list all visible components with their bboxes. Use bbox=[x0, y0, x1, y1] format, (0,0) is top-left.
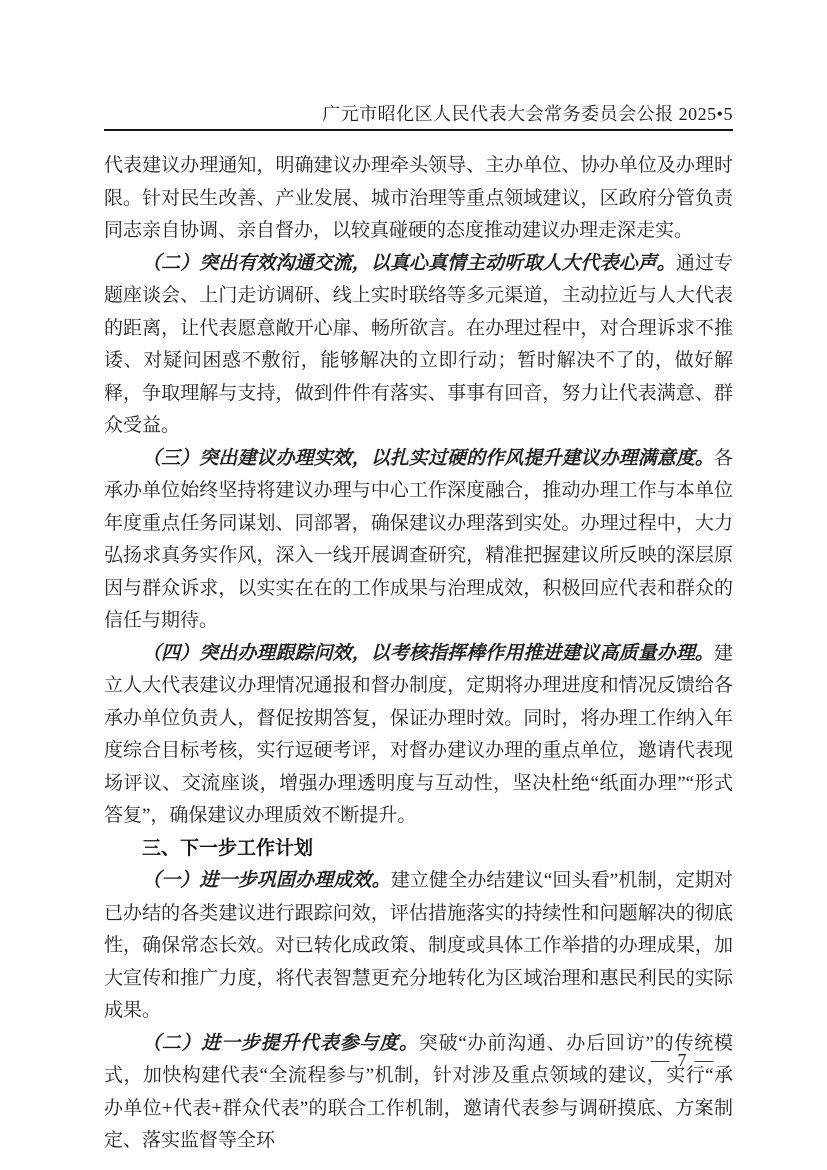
paragraph-item-4: （四）突出办理跟踪问效，以考核指挥棒作用推进建议高质量办理。建立人大代表建议办理… bbox=[104, 638, 733, 833]
paragraph-plan-1-text: 建立健全办结建议“回头看”机制，定期对已办结的各类建议进行跟踪问效，评估措施落实… bbox=[104, 870, 733, 1021]
page-footer: — 7 — bbox=[651, 1048, 715, 1072]
paragraph-continuation: 代表建议办理通知，明确建议办理牵头领导、主办单位、协办单位及办理时限。针对民生改… bbox=[104, 150, 733, 248]
masthead-title: 广元市昭化区人民代表大会常务委员会公报 2025•5 bbox=[104, 0, 733, 126]
paragraph-plan-1-lead: （一）进一步巩固办理成效。 bbox=[142, 870, 391, 891]
paragraph-item-2-lead: （二）突出有效沟通交流，以真心真情主动听取人大代表心声。 bbox=[142, 253, 676, 274]
page-content: 广元市昭化区人民代表大会常务委员会公报 2025•5 代表建议办理通知，明确建议… bbox=[104, 0, 733, 1158]
paragraph-item-3: （三）突出建议办理实效，以扎实过硬的作风提升建议办理满意度。各承办单位始终坚持将… bbox=[104, 443, 733, 638]
paragraph-item-4-lead: （四）突出办理跟踪问效，以考核指挥棒作用推进建议高质量办理。 bbox=[142, 643, 714, 664]
section-heading-next-steps: 三、下一步工作计划 bbox=[104, 833, 733, 866]
paragraph-item-2-text: 通过专题座谈会、上门走访调研、线上实时联络等多元渠道，主动拉近与人大代表的距离，… bbox=[104, 253, 733, 437]
paragraph-item-4-text: 建立人大代表建议办理情况通报和督办制度，定期将办理进度和情况反馈给各承办单位负责… bbox=[104, 643, 733, 827]
gazette-page: 广元市昭化区人民代表大会常务委员会公报 2025•5 代表建议办理通知，明确建议… bbox=[0, 0, 827, 1170]
paragraph-plan-2-lead: （二）进一步提升代表参与度。 bbox=[142, 1033, 419, 1054]
document-body: 代表建议办理通知，明确建议办理牵头领导、主办单位、协办单位及办理时限。针对民生改… bbox=[104, 150, 733, 1158]
paragraph-item-3-lead: （三）突出建议办理实效，以扎实过硬的作风提升建议办理满意度。 bbox=[142, 448, 714, 469]
paragraph-item-2: （二）突出有效沟通交流，以真心真情主动听取人大代表心声。通过专题座谈会、上门走访… bbox=[104, 248, 733, 443]
paragraph-plan-1: （一）进一步巩固办理成效。建立健全办结建议“回头看”机制，定期对已办结的各类建议… bbox=[104, 865, 733, 1028]
paragraph-item-3-text: 各承办单位始终坚持将建议办理与中心工作深度融合，推动办理工作与本单位年度重点任务… bbox=[104, 448, 733, 632]
page-number: — 7 — bbox=[651, 1050, 715, 1070]
header-rule bbox=[104, 129, 733, 131]
paragraph-plan-2: （二）进一步提升代表参与度。突破“办前沟通、办后回访”的传统模式，加快构建代表“… bbox=[104, 1028, 733, 1158]
